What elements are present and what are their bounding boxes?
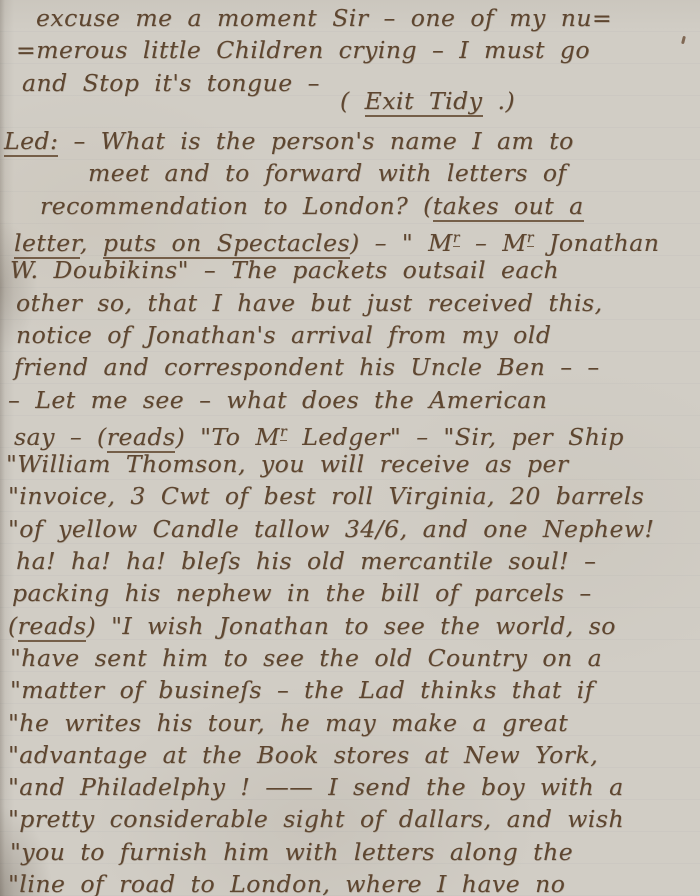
text-segment: Ledger" – "Sir, per Ship bbox=[287, 423, 624, 451]
manuscript-line: "he writes his tour, he may make a great bbox=[0, 707, 700, 739]
text-segment: say – ( bbox=[14, 423, 107, 451]
manuscript-line: recommendation to London? (takes out a bbox=[0, 190, 700, 222]
text-segment: notice of Jonathan's arrival from my old bbox=[16, 321, 551, 349]
manuscript-page: excuse me a moment Sir – one of my nu==m… bbox=[0, 0, 700, 896]
underlined-segment: Led: bbox=[4, 127, 58, 157]
manuscript-line: ha! ha! ha! bleſs his old mercantile sou… bbox=[0, 545, 700, 577]
manuscript-line: "William Thomson, you will receive as pe… bbox=[0, 448, 700, 480]
manuscript-line: other so, that I have but just received … bbox=[0, 287, 700, 319]
manuscript-text: excuse me a moment Sir – one of my nu==m… bbox=[0, 0, 700, 896]
text-segment: "William Thomson, you will receive as pe… bbox=[6, 450, 569, 478]
text-segment: "matter of busineſs – the Lad thinks tha… bbox=[10, 676, 594, 704]
manuscript-line: "and Philadelphy ! —— I send the boy wit… bbox=[0, 771, 700, 803]
manuscript-line: "advantage at the Book stores at New Yor… bbox=[0, 739, 700, 771]
text-segment: – M bbox=[460, 229, 527, 257]
text-segment: "you to furnish him with letters along t… bbox=[10, 838, 573, 866]
manuscript-line: =merous little Children crying – I must … bbox=[0, 34, 700, 66]
text-segment: "pretty considerable sight of dallars, a… bbox=[8, 805, 624, 833]
text-segment: ) "I wish Jonathan to see the world, so bbox=[86, 612, 615, 640]
text-segment: "advantage at the Book stores at New Yor… bbox=[8, 741, 598, 769]
manuscript-line: "you to furnish him with letters along t… bbox=[0, 836, 700, 868]
manuscript-line: "have sent him to see the old Country on… bbox=[0, 642, 700, 674]
manuscript-line: friend and correspondent his Uncle Ben –… bbox=[0, 351, 700, 383]
manuscript-line: packing his nephew in the bill of parcel… bbox=[0, 577, 700, 609]
text-segment: ) – " M bbox=[350, 229, 453, 257]
text-segment: "line of road to London, where I have no bbox=[8, 870, 565, 896]
text-segment: , bbox=[80, 229, 103, 257]
text-segment: and Stop it's tongue – bbox=[22, 69, 320, 97]
manuscript-line: notice of Jonathan's arrival from my old bbox=[0, 319, 700, 351]
manuscript-line: – Let me see – what does the American bbox=[0, 384, 700, 416]
text-segment: packing his nephew in the bill of parcel… bbox=[12, 579, 592, 607]
manuscript-line: W. Doubikins" – The packets outsail each bbox=[0, 254, 700, 286]
text-segment: =merous little Children crying – I must … bbox=[16, 36, 590, 64]
manuscript-line: "of yellow Candle tallow 34/6, and one N… bbox=[0, 513, 700, 545]
underlined-segment: Exit Tidy bbox=[365, 87, 483, 117]
text-segment: .) bbox=[483, 87, 516, 115]
text-segment: "invoice, 3 Cwt of best roll Virginia, 2… bbox=[8, 482, 644, 510]
text-segment: recommendation to London? ( bbox=[40, 192, 433, 220]
superscript-segment: r bbox=[453, 230, 460, 247]
text-segment: – What is the person's name I am to bbox=[58, 127, 573, 155]
manuscript-line: "line of road to London, where I have no bbox=[0, 868, 700, 896]
underlined-segment: reads bbox=[18, 612, 87, 642]
manuscript-line: excuse me a moment Sir – one of my nu= bbox=[0, 2, 700, 34]
text-segment: excuse me a moment Sir – one of my nu= bbox=[36, 4, 612, 32]
text-segment: "have sent him to see the old Country on… bbox=[10, 644, 602, 672]
manuscript-line: "matter of busineſs – the Lad thinks tha… bbox=[0, 674, 700, 706]
superscript-segment: r bbox=[527, 230, 534, 247]
text-segment: meet and to forward with letters of bbox=[88, 159, 567, 187]
manuscript-line: Led: – What is the person's name I am to bbox=[0, 125, 700, 157]
text-segment: Jonathan bbox=[534, 229, 659, 257]
text-segment: – Let me see – what does the American bbox=[8, 386, 547, 414]
text-segment: "and Philadelphy ! —— I send the boy wit… bbox=[8, 773, 624, 801]
manuscript-line: "pretty considerable sight of dallars, a… bbox=[0, 803, 700, 835]
manuscript-line: say – (reads) "To Mr Ledger" – "Sir, per… bbox=[0, 416, 700, 448]
text-segment: "of yellow Candle tallow 34/6, and one N… bbox=[8, 515, 655, 543]
manuscript-line: (reads) "I wish Jonathan to see the worl… bbox=[0, 610, 700, 642]
text-segment: ( bbox=[340, 87, 365, 115]
text-segment: ha! ha! ha! bleſs his old mercantile sou… bbox=[16, 547, 596, 575]
text-segment: other so, that I have but just received … bbox=[16, 289, 603, 317]
text-segment: ) "To M bbox=[175, 423, 279, 451]
manuscript-line: letter, puts on Spectacles) – " Mr – Mr … bbox=[0, 222, 700, 254]
text-segment: ( bbox=[8, 612, 18, 640]
text-segment: friend and correspondent his Uncle Ben –… bbox=[14, 353, 600, 381]
underlined-segment: takes out a bbox=[433, 192, 584, 222]
manuscript-line: "invoice, 3 Cwt of best roll Virginia, 2… bbox=[0, 480, 700, 512]
text-segment: "he writes his tour, he may make a great bbox=[8, 709, 568, 737]
manuscript-line: meet and to forward with letters of bbox=[0, 157, 700, 189]
text-segment: W. Doubikins" – The packets outsail each bbox=[10, 256, 559, 284]
